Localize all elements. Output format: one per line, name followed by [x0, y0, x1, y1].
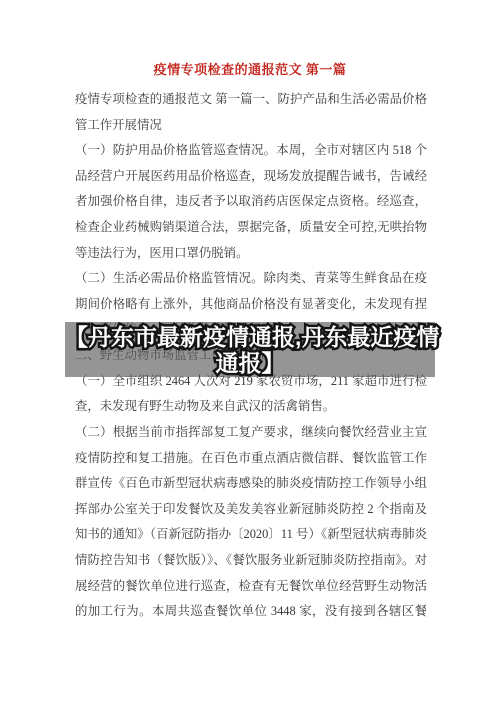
doc-line: 者加强价格自律，违反者予以取消药店医保定点资格。经巡查，所	[75, 189, 427, 215]
doc-line: 检查企业药械购销渠道合法，票据完备，质量安全可控,无哄抬物价	[75, 215, 427, 241]
watermark-banner: 【丹东市最新疫情通报,丹东最近疫情 【丹东市最新疫情通报,丹东最近疫情 通报】 …	[65, 322, 435, 377]
doc-line: （一）防护用品价格监管巡查情况。本周，全市对辖区内 518 个药	[75, 138, 427, 164]
doc-line: 的加工行为。本周共巡查餐饮单位 3448 家，没有接到各辖区餐饮单	[75, 599, 427, 625]
doc-line: 等违法行为，医用口罩仍脱销。	[75, 241, 427, 267]
doc-line: 管工作开展情况	[75, 113, 427, 139]
watermark-line-2: 通报】 通报】	[65, 350, 435, 376]
doc-line: （二）生活必需品价格监管情况。除肉类、青菜等生鲜食品在疫情	[75, 266, 427, 292]
watermark-line-2-fill: 通报】	[65, 350, 435, 376]
doc-line: 品经营户开展医药用品价格巡查，现场发放提醒告诫书，告诫经营	[75, 164, 427, 190]
doc-line: 展经营的餐饮单位进行巡查，检查有无餐饮单位经营野生动物活体	[75, 574, 427, 600]
doc-line: 情防控告知书（餐饮版）》、《餐饮服务业新冠肺炎防控指南》。对开	[75, 548, 427, 574]
doc-line: 群宣传《百色市新型冠状病毒感染的肺炎疫情防控工作领导小组指	[75, 471, 427, 497]
doc-line: 查，未发现有野生动物及来自武汉的活禽销售。	[75, 394, 427, 420]
doc-line: 知书的通知》（百新冠防指办〔2020〕11 号）《新型冠状病毒肺炎疫	[75, 522, 427, 548]
doc-line: 疫情防控和复工措施。在百色市重点酒店微信群、餐饮监管工作 QQ	[75, 446, 427, 472]
document-page: 疫情专项检查的通报范文 第一篇 疫情专项检查的通报范文 第一篇一、防护产品和生活…	[0, 0, 500, 706]
doc-title: 疫情专项检查的通报范文 第一篇	[0, 59, 500, 78]
doc-line: 挥部办公室关于印发餐饮及美发美容业新冠肺炎防控 2 个指南及告	[75, 497, 427, 523]
doc-line: （二）根据当前市指挥部复工复产要求，继续向餐饮经营业主宣传	[75, 420, 427, 446]
doc-line: 疫情专项检查的通报范文 第一篇一、防护产品和生活必需品价格监	[75, 87, 427, 113]
watermark-line-1-fill: 【丹东市最新疫情通报,丹东最近疫情	[65, 324, 435, 350]
watermark-line-1: 【丹东市最新疫情通报,丹东最近疫情 【丹东市最新疫情通报,丹东最近疫情	[65, 324, 435, 350]
doc-line: 期间价格略有上涨外，其他商品价格没有显著变化，未发现有捏造	[75, 292, 427, 318]
